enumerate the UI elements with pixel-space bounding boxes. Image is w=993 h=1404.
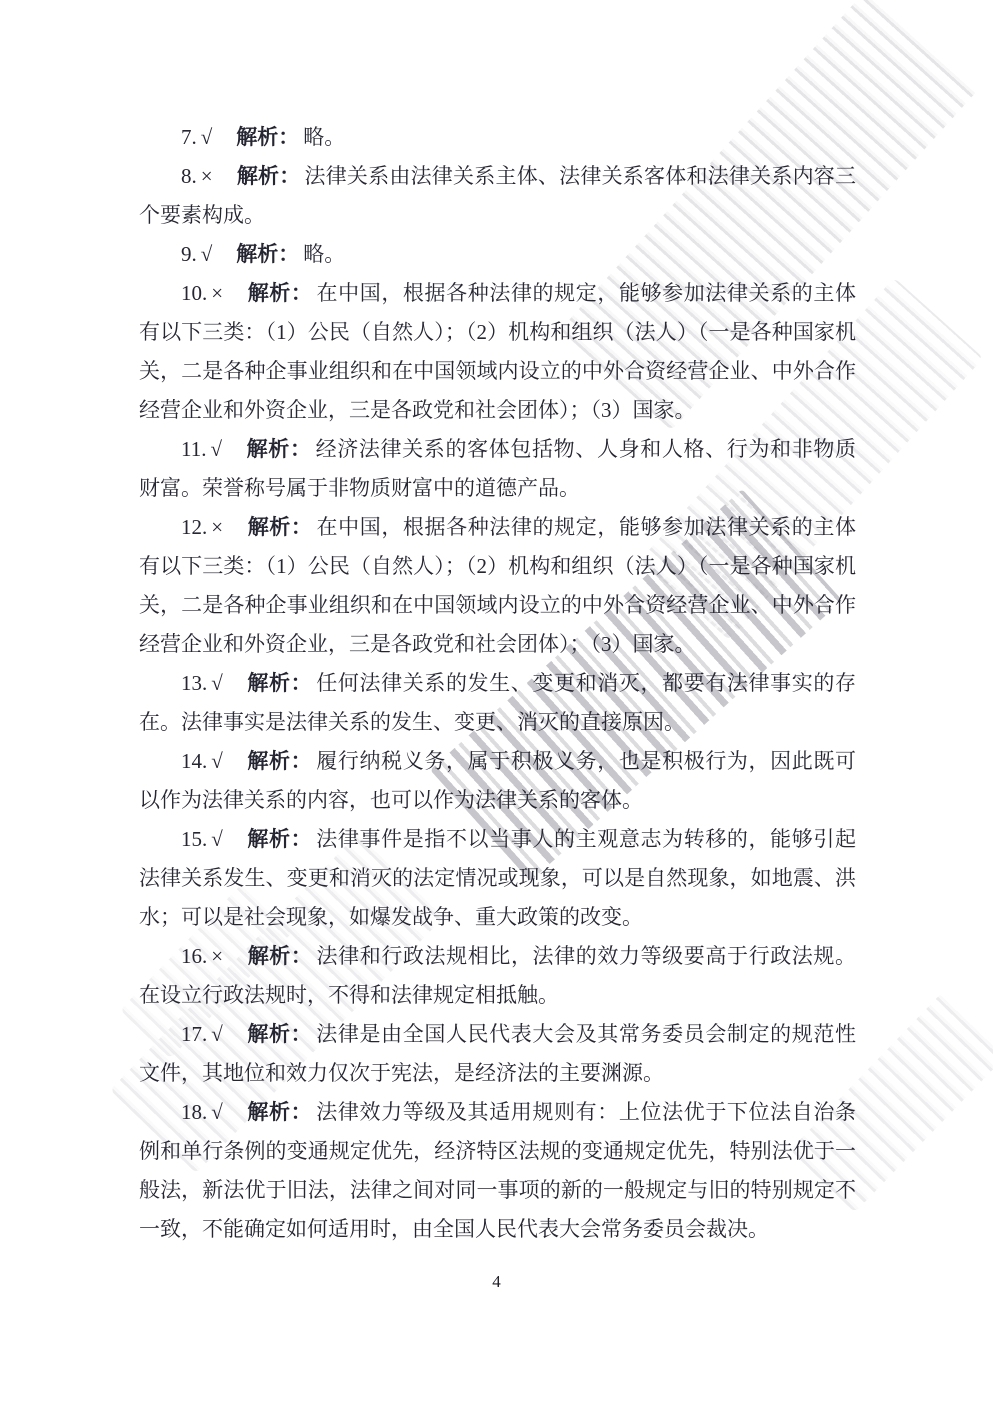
- answer-number-mark: 17.√: [181, 1022, 223, 1046]
- answer-item-12: 12.×解析：在中国，根据各种法律的规定，能够参加法律关系的主体有以下三类：（1…: [139, 508, 856, 664]
- answer-number: 10.: [181, 281, 207, 305]
- answer-number: 8.: [181, 164, 197, 188]
- analysis-label: 解析：: [247, 1101, 312, 1124]
- answer-text: 略。: [303, 125, 345, 149]
- analysis-label: 解析：: [247, 945, 312, 968]
- correct-mark: √: [211, 1100, 223, 1124]
- answer-item-13: 13.√解析：任何法律关系的发生、变更和消灭，都要有法律事实的存在。法律事实是法…: [139, 664, 856, 742]
- answer-number: 12.: [181, 515, 207, 539]
- answer-number-mark: 13.√: [181, 671, 223, 695]
- analysis-label: 解析：: [247, 672, 312, 695]
- answer-number: 16.: [181, 944, 207, 968]
- answer-item-14: 14.√解析：履行纳税义务，属于积极义务，也是积极行为，因此既可以作为法律关系的…: [139, 742, 856, 820]
- page-number: 4: [0, 1272, 993, 1292]
- answer-number-mark: 12.×: [181, 515, 223, 539]
- answer-number-mark: 16.×: [181, 944, 223, 968]
- correct-mark: √: [211, 671, 223, 695]
- answer-number: 11.: [181, 437, 206, 461]
- answer-key-body: 7.√解析：略。 8.×解析：法律关系由法律关系主体、法律关系客体和法律关系内容…: [139, 118, 856, 1249]
- answer-number: 15.: [181, 827, 207, 851]
- wrong-mark: ×: [211, 515, 223, 539]
- answer-item-7: 7.√解析：略。: [139, 118, 856, 157]
- analysis-label: 解析：: [236, 243, 299, 266]
- analysis-label: 解析：: [237, 165, 301, 188]
- correct-mark: √: [201, 242, 213, 266]
- answer-number-mark: 15.√: [181, 827, 223, 851]
- answer-item-18: 18.√解析：法律效力等级及其适用规则有：上位法优于下位法自治条例和单行条例的变…: [139, 1093, 856, 1249]
- correct-mark: √: [211, 749, 223, 773]
- analysis-label: 解析：: [246, 438, 312, 461]
- analysis-label: 解析：: [247, 750, 312, 773]
- wrong-mark: ×: [211, 281, 223, 305]
- answer-number: 13.: [181, 671, 207, 695]
- answer-number: 9.: [181, 242, 197, 266]
- answer-item-8: 8.×解析：法律关系由法律关系主体、法律关系客体和法律关系内容三个要素构成。: [139, 157, 856, 235]
- document-page: 7.√解析：略。 8.×解析：法律关系由法律关系主体、法律关系客体和法律关系内容…: [0, 0, 993, 1404]
- analysis-label: 解析：: [247, 1023, 312, 1046]
- analysis-label: 解析：: [247, 516, 312, 539]
- answer-number-mark: 14.√: [181, 749, 223, 773]
- wrong-mark: ×: [211, 944, 223, 968]
- answer-number-mark: 7.√: [181, 125, 212, 149]
- answer-number-mark: 8.×: [181, 164, 213, 188]
- analysis-label: 解析：: [236, 126, 299, 149]
- answer-number-mark: 9.√: [181, 242, 212, 266]
- answer-number: 18.: [181, 1100, 207, 1124]
- correct-mark: √: [211, 827, 223, 851]
- correct-mark: √: [201, 125, 213, 149]
- answer-number-mark: 11.√: [181, 437, 222, 461]
- answer-number: 14.: [181, 749, 207, 773]
- analysis-label: 解析：: [247, 282, 312, 305]
- answer-item-9: 9.√解析：略。: [139, 235, 856, 274]
- analysis-label: 解析：: [247, 828, 312, 851]
- answer-item-11: 11.√解析：经济法律关系的客体包括物、人身和人格、行为和非物质财富。荣誉称号属…: [139, 430, 856, 508]
- correct-mark: √: [210, 437, 222, 461]
- answer-item-17: 17.√解析：法律是由全国人民代表大会及其常务委员会制定的规范性文件，其地位和效…: [139, 1015, 856, 1093]
- answer-text: 略。: [303, 242, 345, 266]
- answer-item-10: 10.×解析：在中国，根据各种法律的规定，能够参加法律关系的主体有以下三类：（1…: [139, 274, 856, 430]
- answer-item-15: 15.√解析：法律事件是指不以当事人的主观意志为转移的，能够引起法律关系发生、变…: [139, 820, 856, 937]
- correct-mark: √: [211, 1022, 223, 1046]
- answer-number-mark: 10.×: [181, 281, 223, 305]
- answer-number-mark: 18.√: [181, 1100, 223, 1124]
- wrong-mark: ×: [201, 164, 213, 188]
- answer-number: 17.: [181, 1022, 207, 1046]
- answer-number: 7.: [181, 125, 197, 149]
- answer-item-16: 16.×解析：法律和行政法规相比，法律的效力等级要高于行政法规。在设立行政法规时…: [139, 937, 856, 1015]
